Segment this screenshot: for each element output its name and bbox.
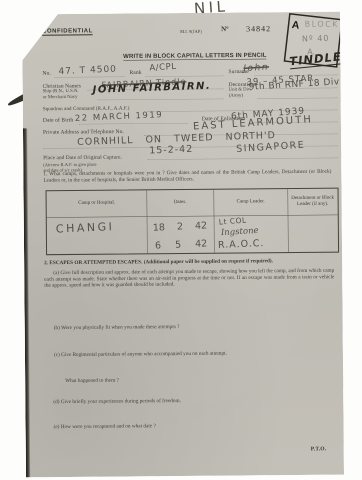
field-capture-date: 15-2-42 — [149, 143, 194, 156]
question-2-heading: 2. ESCAPES OR ATTEMPTED ESCAPES. (Additi… — [44, 258, 334, 267]
field-line — [98, 99, 224, 101]
left-edge-shadow — [23, 128, 31, 477]
table-cell-leader-unit: R.A.O.C. — [218, 237, 265, 250]
question-2c: (c) Give Regimental particulars of anyon… — [54, 350, 334, 359]
serial-no-label: Nº — [221, 26, 229, 34]
question-2d: (d) Give briefly your experiences during… — [53, 397, 333, 406]
table-cell-camp: CHANGI — [56, 221, 115, 236]
field-no-value: 47. T 4500 — [58, 64, 117, 77]
form-page: CONFIDENTIAL M.I. 9(JAP) Nº 34842 A BLOC… — [22, 12, 344, 478]
serial-number: 34842 — [246, 25, 271, 34]
field-rank-value: A/CPL — [149, 61, 177, 73]
table-header-camp: Camp or Hospital. — [47, 199, 147, 206]
table-cell-date2: 6 5 42 — [155, 238, 208, 251]
field-dob-label: Date of Birth — [43, 117, 73, 123]
mi9-ref: M.I. 9(JAP) — [180, 29, 202, 34]
question-2c2: What happened to them ? — [65, 376, 325, 385]
field-capture-label: Place and Date of Original Capture. — [43, 155, 122, 161]
scan-photo: NIL CONFIDENTIAL M.I. 9(JAP) Nº 34842 A … — [0, 0, 362, 480]
table-header-detachment: Detachment or Block Leader (if any). — [288, 195, 338, 207]
question-1: 1. What camps, detachments or hospitals … — [43, 169, 331, 184]
field-no-label: No. — [42, 70, 50, 76]
camps-table: Camp or Hospital. Dates. Camp Leader. De… — [46, 188, 340, 256]
field-line — [258, 98, 338, 99]
table-cell-leader-rank: Lt COL — [218, 215, 246, 226]
table-header-dates: Dates. — [147, 199, 214, 206]
form-title-text: WRITE IN BLOCK CAPITAL LETTERS IN PENCIL — [123, 51, 267, 60]
field-surname-crossed: John — [243, 62, 269, 74]
stamp-letter: A — [291, 19, 300, 32]
table-cell-date1: 18 2 42 — [153, 220, 208, 233]
field-dob-value: 22 MARCH 1919 — [75, 110, 164, 124]
table-cell-leader-name: Ingstone — [221, 225, 259, 237]
form-title: WRITE IN BLOCK CAPITAL LETTERS IN PENCIL — [92, 51, 297, 60]
field-ship-label: Ship (R.N., U.S.N. or Merchant Navy — [43, 88, 79, 100]
field-line — [55, 77, 125, 78]
stamp-block-word: BLOCK — [305, 19, 339, 29]
stamp-number: Nº 40 — [302, 33, 330, 43]
field-line — [79, 123, 188, 124]
question-2e: (e) How were you recaptured and on what … — [54, 422, 334, 431]
question-2b: (b) Were you physically fit when you mad… — [54, 323, 334, 332]
confidential-label: CONFIDENTIAL — [42, 27, 93, 36]
field-address-label: Private Address and Telephone No. — [43, 129, 124, 136]
question-2a: (a) Give full description and approx. da… — [44, 268, 334, 289]
table-header-leader: Camp Leader. — [214, 198, 288, 205]
table-header-divider — [47, 215, 338, 218]
pto-label: P.T.O. — [311, 446, 326, 452]
field-line — [147, 158, 338, 160]
field-rank-label: Rank — [129, 69, 141, 75]
